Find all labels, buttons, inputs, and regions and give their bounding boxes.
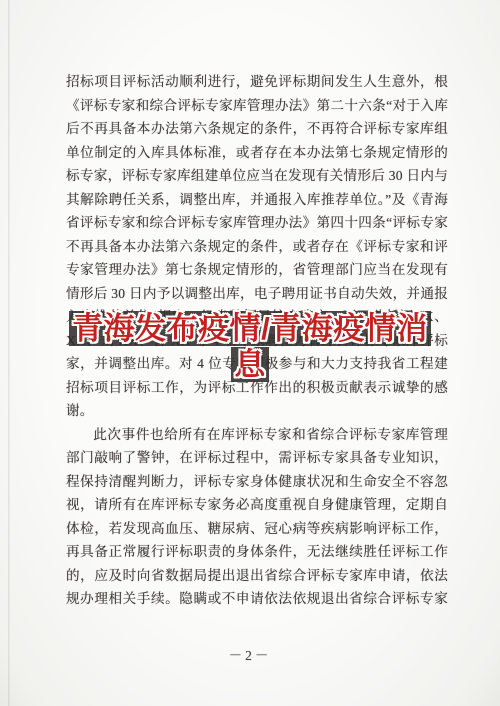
text-line: 的，应及时向省数据局提出退出省综合评标专家库申请，依法依 — [66, 564, 448, 588]
text-line: 体检，若发现高血压、糖尿病、冠心病等疾病影响评标工作，不 — [66, 517, 448, 541]
page-number: －2－ — [0, 644, 500, 664]
text-line: 招标项目评标工作，为评标工作作出的积极贡献表示诚挚的感 — [66, 376, 448, 400]
text-line: 再具备正常履行评标职责的身体条件，无法继续胜任评标工作 — [66, 540, 448, 564]
text-line: 程保持清醒判断力，评标专家身体健康状况和生命安全不容忽 — [66, 470, 448, 494]
text-line: 招标项目评标活动顺利进行，避免评标期间发生人生意外，根据 — [66, 70, 448, 94]
text-line: 此次事件也给所有在库评标专家和省综合评标专家库管理 — [66, 423, 448, 447]
document-page: 招标项目评标活动顺利进行，避免评标期间发生人生意外，根据《评标专家和综合评标专家… — [0, 0, 500, 706]
text-line: 规办理相关手续。隐瞒或不申请依法依规退出省综合评标专家 — [66, 587, 448, 611]
document-body: 招标项目评标活动顺利进行，避免评标期间发生人生意外，根据《评标专家和综合评标专家… — [66, 70, 448, 611]
text-line: XX、刘 XX、曾 XX 等 4 名专家聘任为省综合评标专家库评标专 — [66, 329, 448, 353]
text-line: 情形后 30 日内予以调整出库，电子聘用证书自动失效，并通报 — [66, 282, 448, 306]
text-line: 其解除聘任关系，调整出库，并通报入库推荐单位。”及《青海 — [66, 188, 448, 212]
text-line: 单位制定的入库具体标准，或者存在本办法第七条规定情形的评 — [66, 141, 448, 165]
text-line: 家，并调整出库。对 4 位专家积极参与和大力支持我省工程建设 — [66, 352, 448, 376]
text-line: 省评标专家和综合评标专家库管理办法》第四十四条“评标专家 — [66, 211, 448, 235]
text-line: 不再具备本办法第六条规定的条件，或者存在《评标专家和评标 — [66, 235, 448, 259]
text-line: 后不再具备本办法第六条规定的条件，不再符合评标专家库组建 — [66, 117, 448, 141]
text-line: 入库推荐单位”规定，经省数据局核实确定，不再聘任汪XX、吴 — [66, 305, 448, 329]
text-line: 视，请所有在库评标专家务必高度重视自身健康管理，定期自行 — [66, 493, 448, 517]
text-line: 《评标专家和综合评标专家库管理办法》第二十六条“对于入库 — [66, 94, 448, 118]
text-line: 专家管理办法》第七条规定情形的，省管理部门应当在发现有关 — [66, 258, 448, 282]
text-line: 标专家，评标专家库组建单位应当在发现有关情形后 30 日内与 — [66, 164, 448, 188]
text-line: 部门敲响了警钟，在评标过程中，需评标专家具备专业知识，全 — [66, 446, 448, 470]
text-line: 谢。 — [66, 399, 448, 423]
page-fold-line — [8, 0, 10, 706]
